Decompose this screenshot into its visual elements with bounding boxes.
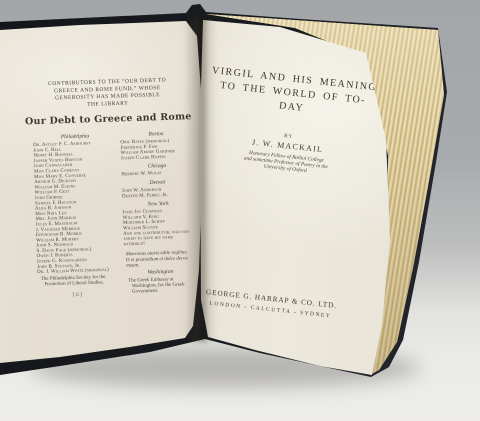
contributor-columns: Philadelphia Dr. Astley P. C. AshhurstJo… xyxy=(22,127,201,298)
detroit-names: John W. AndersonDexter M. Ferry, Jr. xyxy=(122,186,194,199)
city-heading-detroit: Detroit xyxy=(122,178,194,186)
contributor-name: Joseph Clark Hoppin xyxy=(121,154,193,162)
contributor-column-left: Philadelphia Dr. Astley P. C. AshhurstJo… xyxy=(33,129,122,297)
contributor-name: Herbert W. Wolff xyxy=(121,170,193,178)
philadelphia-society: The Philadelphia Society for the Promoti… xyxy=(37,273,122,287)
left-page-text: CONTRIBUTORS TO THE “OUR DEBT TOGREECE A… xyxy=(20,73,201,298)
open-book-photo: CONTRIBUTORS TO THE “OUR DEBT TOGREECE A… xyxy=(0,0,480,421)
latin-quote: Maecenas atavis edite regibus, O et prae… xyxy=(126,249,193,268)
boston-names: Oric Bates (memorial)Frederick P. FishWi… xyxy=(120,138,192,161)
book-title: VIRGIL AND HIS MEANINGTO THE WORLD OF TO… xyxy=(206,52,381,122)
philadelphia-names: Dr. Astley P. C. AshhurstJohn C. BellHen… xyxy=(33,140,121,275)
gutter-shadow xyxy=(184,16,218,342)
city-heading-boston: Boston xyxy=(120,130,192,138)
chicago-names: Herbert W. Wolff xyxy=(121,170,193,178)
contributors-header: CONTRIBUTORS TO THE “OUR DEBT TOGREECE A… xyxy=(20,73,195,110)
city-heading-chicago: Chicago xyxy=(121,162,193,170)
series-title: Our Debt to Greece and Rome xyxy=(21,111,195,127)
city-heading-philadelphia: Philadelphia xyxy=(33,132,117,141)
